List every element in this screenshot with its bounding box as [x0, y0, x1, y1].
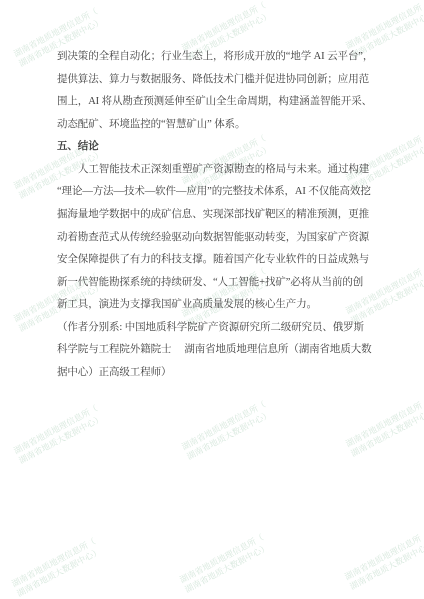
body-line: 围上，AI 将从勘查预测延伸至矿山全生命周期，构建涵盖智能开采、: [57, 91, 369, 114]
author-note-line: 据中心）正高级工程师）: [57, 362, 369, 385]
body-line: 掘海量地学数据中的成矿信息、实现深部找矿靶区的精准预测，更推: [57, 204, 369, 227]
watermark: 湖南省地质地理信息所（湖南省地质大数据中心）: [343, 529, 424, 591]
author-note-line: 科学院与工程院外籍院士 湖南省地质地理信息所（湖南省地质大数: [57, 339, 369, 362]
author-note-line: （作者分别系: 中国地质科学院矿产资源研究所二级研究员、俄罗斯: [57, 317, 369, 340]
body-line: 动着勘查范式从传统经验驱动向数据智能驱动转变，为国家矿产资源: [57, 227, 369, 250]
body-line: 人工智能技术正深刻重塑矿产资源勘查的格局与未来。通过构建: [57, 159, 369, 182]
body-line: 动态配矿、环境监控的“智慧矿山” 体系。: [57, 114, 369, 137]
watermark: 湖南省地质地理信息所（湖南省地质大数据中心）: [344, 396, 424, 458]
body-line: “理论—方法—技术—软件—应用”的完整技术体系，AI 不仅能高效挖: [57, 181, 369, 204]
watermark: 湖南省地质地理信息所（湖南省地质大数据中心）: [180, 399, 272, 461]
body-line: 提供算法、算力与数据服务、降低技术门槛并促进协同创新；应用范: [57, 69, 369, 92]
watermark: 湖南省地质地理信息所（湖南省地质大数据中心）: [10, 536, 102, 598]
body-line: 新工具，演进为支撑我国矿业高质量发展的核心生产力。: [57, 294, 369, 317]
page-text: 到决策的全程自动化；行业生态上，将形成开放的“地学 AI 云平台”， 提供算法、…: [57, 46, 369, 384]
body-line: 新一代智能勘探系统的持续研发、“人工智能+找矿”必将从当前的创: [57, 272, 369, 295]
watermark: 湖南省地质地理信息所（湖南省地质大数据中心）: [178, 532, 270, 594]
body-line: 到决策的全程自动化；行业生态上，将形成开放的“地学 AI 云平台”，: [57, 46, 369, 69]
document-page: 湖南省地质地理信息所（湖南省地质大数据中心） 湖南省地质地理信息所（湖南省地质大…: [0, 0, 424, 599]
watermark: 湖南省地质地理信息所（湖南省地质大数据中心）: [12, 403, 104, 465]
section-heading: 五、结论: [57, 136, 369, 159]
body-line: 安全保障提供了有力的科技支撑。随着国产化专业软件的日益成熟与: [57, 249, 369, 272]
